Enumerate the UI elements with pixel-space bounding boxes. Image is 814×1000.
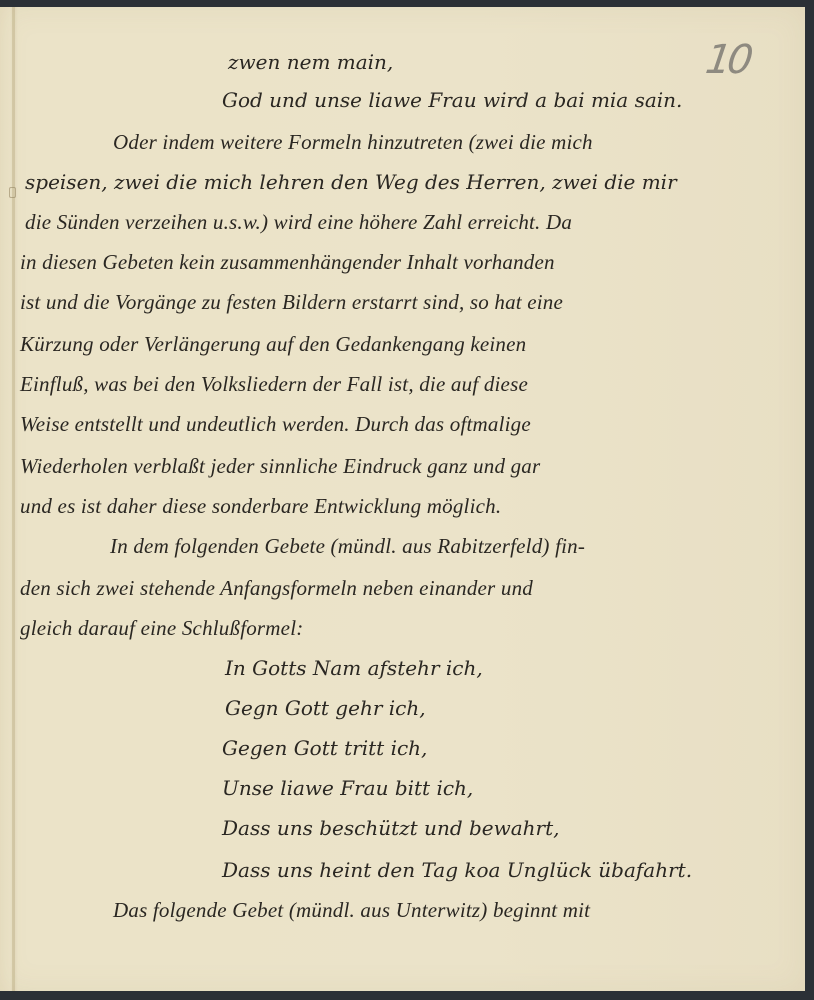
text-line: Oder indem weitere Formeln hinzutreten (… <box>113 130 593 154</box>
text-line: ist und die Vorgänge zu festen Bildern e… <box>20 290 563 314</box>
manuscript-scan: 10 zwen nem main, God und unse liawe Fra… <box>0 0 814 1000</box>
text-line: Einfluß, was bei den Volksliedern der Fa… <box>20 372 528 396</box>
text-line: in diesen Gebeten kein zusammenhängender… <box>20 250 555 274</box>
page-number: 10 <box>703 37 752 83</box>
text-line: In dem folgenden Gebete (mündl. aus Rabi… <box>110 534 585 558</box>
text-line: speisen, zwei die mich lehren den Weg de… <box>25 170 677 194</box>
text-line: Weise entstellt und undeutlich werden. D… <box>20 412 531 436</box>
binding-fold <box>12 7 15 991</box>
verse-line: Dass uns heint den Tag koa Unglück übafa… <box>222 858 692 882</box>
verse-line: Gegn Gott gehr ich, <box>225 696 426 720</box>
text-line: die Sünden verzeihen u.s.w.) wird eine h… <box>25 210 572 234</box>
verse-line: In Gotts Nam afstehr ich, <box>225 656 483 680</box>
binding-hole-mark <box>9 187 16 198</box>
verse-line: Unse liawe Frau bitt ich, <box>222 776 473 800</box>
manuscript-page: 10 zwen nem main, God und unse liawe Fra… <box>0 7 805 991</box>
verse-line: Gegen Gott tritt ich, <box>222 736 427 760</box>
text-line: und es ist daher diese sonderbare Entwic… <box>20 494 501 518</box>
text-line: Das folgende Gebet (mündl. aus Unterwitz… <box>113 898 590 922</box>
text-line: zwen nem main, <box>228 50 393 74</box>
verse-line: Dass uns beschützt und bewahrt, <box>222 816 560 840</box>
text-line: gleich darauf eine Schlußformel: <box>20 616 303 640</box>
text-line: den sich zwei stehende Anfangsformeln ne… <box>20 576 533 600</box>
text-line: Wiederholen verblaßt jeder sinnliche Ein… <box>20 454 540 478</box>
text-line: Kürzung oder Verlängerung auf den Gedank… <box>20 332 526 356</box>
text-line: God und unse liawe Frau wird a bai mia s… <box>222 88 682 112</box>
